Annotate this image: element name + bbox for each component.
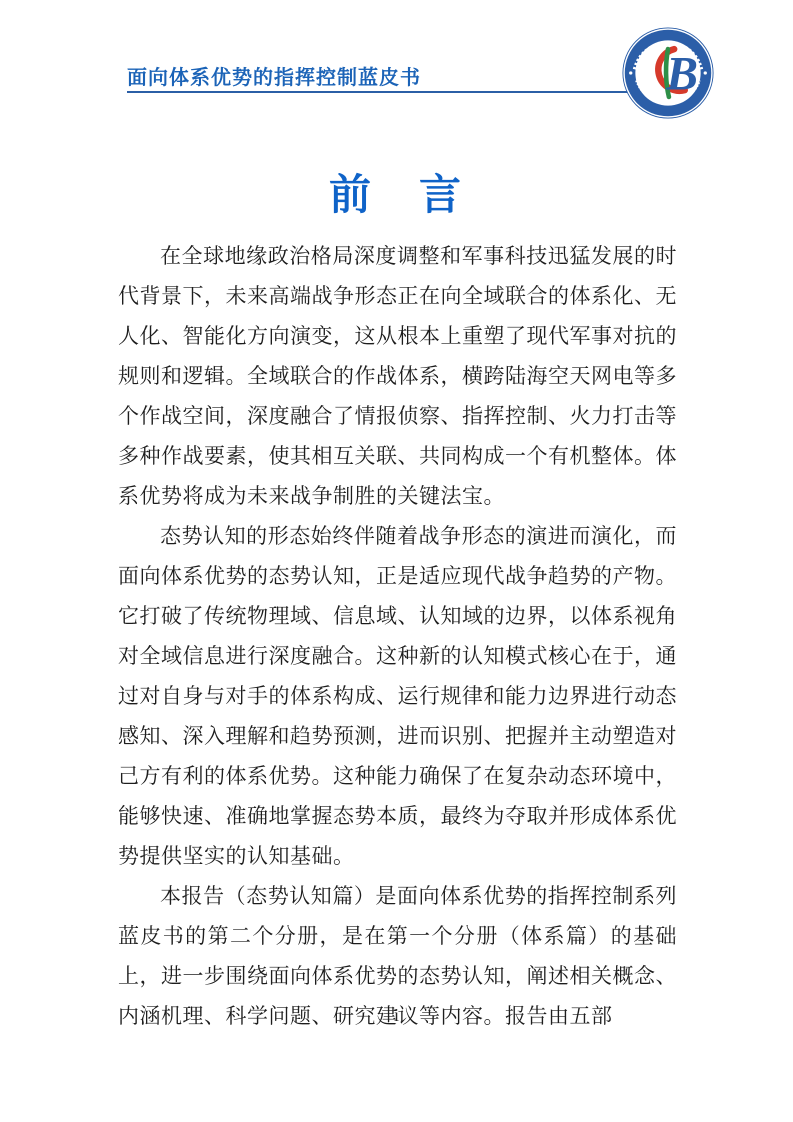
body-paragraph: 态势认知的形态始终伴随着战争形态的演进而演化，而面向体系优势的态势认知，正是适应…: [118, 516, 677, 876]
lab-seal-icon: B: [622, 27, 714, 119]
logo-blue-b: B: [665, 48, 698, 101]
header-book-title: 面向体系优势的指挥控制蓝皮书: [127, 61, 421, 90]
laboratory-seal-logo: B: [622, 27, 714, 119]
document-page: 面向体系优势的指挥控制蓝皮书 B 前 言 在全球地缘政治格局深: [0, 0, 793, 1122]
page-number: i: [0, 1005, 793, 1026]
body-paragraph: 在全球地缘政治格局深度调整和军事科技迅猛发展的时代背景下，未来高端战争形态正在向…: [118, 236, 677, 516]
body-text-block: 在全球地缘政治格局深度调整和军事科技迅猛发展的时代背景下，未来高端战争形态正在向…: [118, 236, 677, 1036]
logo-star-right: [704, 71, 707, 74]
header-rule: [127, 91, 656, 93]
logo-star-left: [629, 71, 632, 74]
page-title: 前 言: [0, 162, 793, 222]
